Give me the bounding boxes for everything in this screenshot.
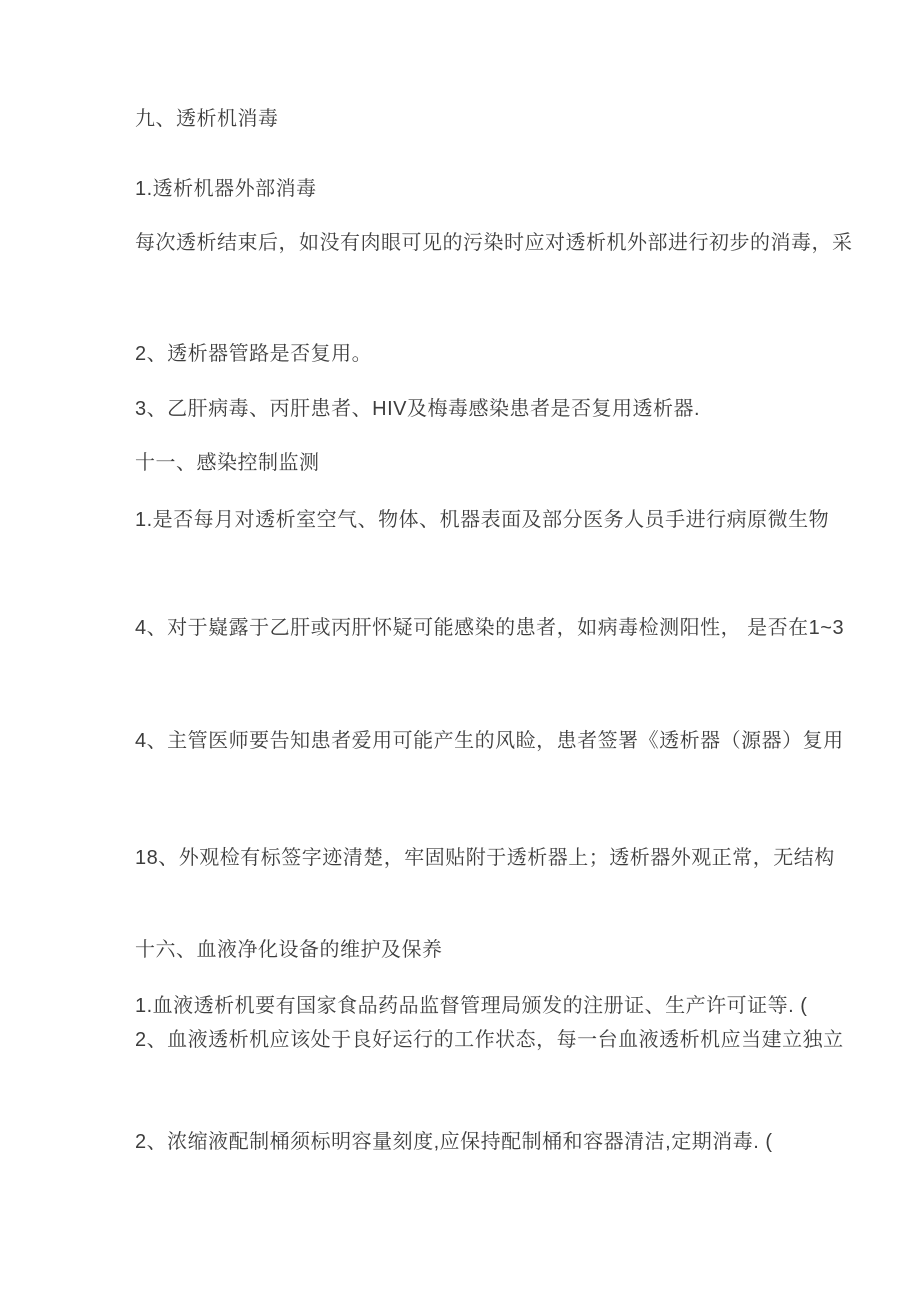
item-4-physician-inform-risk-consent: 4、主管医师要告知患者爱用可能产生的风睑，患者签署《透析器（源器）复用 bbox=[135, 728, 844, 754]
document-page: 九、透析机消毒 1.透析机器外部消毒 每次透析结束后，如没有肉眼可见的污染时应对… bbox=[0, 0, 920, 1301]
paragraph-after-each-dialysis: 每次透析结束后，如没有肉眼可见的污染时应对透析机外部进行初步的消毒，采 bbox=[135, 230, 853, 256]
item-2-machine-good-working-condition: 2、血液透析机应该处于良好运行的工作状态，每一台血液透析机应当建立独立 bbox=[135, 1027, 844, 1053]
section-heading-16-equipment-maintenance: 十六、血液净化设备的维护及保养 bbox=[135, 937, 443, 963]
section-heading-11-infection-control-monitoring: 十一、感染控制监测 bbox=[135, 450, 320, 476]
item-2-dialyzer-tubing-reuse: 2、透析器管路是否复用。 bbox=[135, 341, 372, 367]
item-4-exposure-suspected-infection: 4、对于嶷露于乙肝或丙肝怀疑可能感染的患者，如病毒检测阳性， 是否在1~3 bbox=[135, 615, 844, 641]
item-1-machine-registration-certificates: 1.血液透析机要有国家食品药品监督管理局颁发的注册证、生产许可证等. ( bbox=[135, 993, 807, 1019]
item-18-appearance-label-check: 18、外观检有标签字迹清楚，牢固贴附于透析器上；透析器外观正常，无结构 bbox=[135, 845, 835, 871]
item-2-concentrate-barrel-scale-cleaning: 2、浓缩液配制桶须标明容量刻度,应保持配制桶和容器清洁,定期消毒. ( bbox=[135, 1129, 773, 1155]
item-3-hbv-hcv-hiv-syphilis-reuse: 3、乙肝病毒、丙肝患者、HIV及梅毒感染患者是否复用透析器. bbox=[135, 396, 700, 422]
section-heading-9-dialysis-machine-disinfection: 九、透析机消毒 bbox=[135, 106, 279, 132]
subheading-1-external-disinfection: 1.透析机器外部消毒 bbox=[135, 176, 317, 202]
item-1-monthly-microbe-testing: 1.是否每月对透析室空气、物体、机器表面及部分医务人员手进行病原微生物 bbox=[135, 507, 829, 533]
